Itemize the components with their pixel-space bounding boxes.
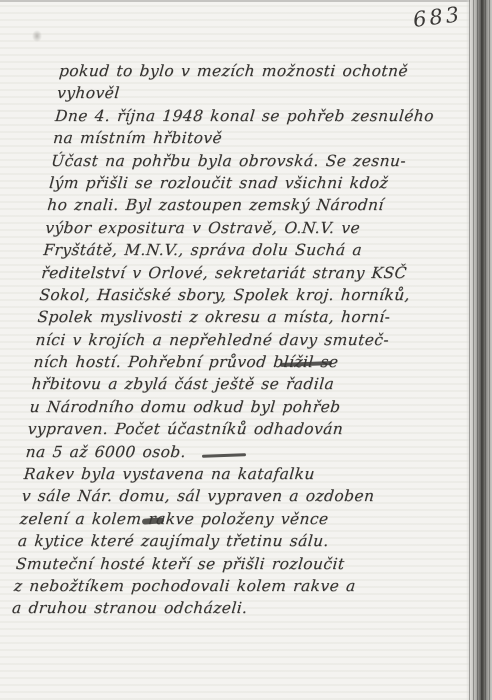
handwritten-line: Spolek myslivosti z okresu a místa, horn… bbox=[36, 306, 450, 328]
handwritten-line: z nebožtíkem pochodovali kolem rakve a bbox=[13, 575, 427, 597]
handwritten-line: výbor expositura v Ostravě, O.N.V. ve bbox=[44, 217, 458, 239]
handwritten-line: v sále Nár. domu, sál vypraven a ozdoben bbox=[21, 485, 435, 507]
scanned-document-page: 683 pokud to bylo v mezích možnosti ocho… bbox=[0, 0, 492, 700]
book-edge-band bbox=[466, 0, 492, 700]
handwritten-line: Rakev byla vystavena na katafalku bbox=[23, 463, 437, 485]
handwritten-line: na místním hřbitově bbox=[52, 127, 466, 149]
handwritten-line: hřbitovu a zbylá část ještě se řadila bbox=[31, 373, 445, 395]
handwritten-line: ředitelství v Orlové, sekretariát strany… bbox=[40, 262, 454, 284]
handwritten-line: Dne 4. října 1948 konal se pohřeb zesnul… bbox=[54, 105, 468, 127]
handwritten-line: u Národního domu odkud byl pohřeb bbox=[29, 396, 443, 418]
handwritten-line: Sokol, Hasičské sbory, Spolek kroj. horn… bbox=[38, 284, 452, 306]
handwritten-line: Fryštátě, M.N.V., správa dolu Suchá a bbox=[42, 239, 456, 261]
handwritten-line: pokud to bylo v mezích možnosti ochotně bbox=[58, 60, 472, 82]
handwritten-line: ho znali. Byl zastoupen zemský Národní bbox=[46, 194, 460, 216]
handwritten-line: zelení a kolem rakve položeny věnce bbox=[19, 508, 433, 530]
handwritten-line: níci v krojích a nepřehledné davy smuteč… bbox=[35, 329, 449, 351]
handwritten-line: a kytice které zaujímaly třetinu sálu. bbox=[17, 530, 431, 552]
handwritten-line: ních hostí. Pohřební průvod blížil se bbox=[33, 351, 447, 373]
handwritten-line: na 5 až 6000 osob. bbox=[25, 441, 439, 463]
handwritten-line: vyhověl bbox=[56, 82, 470, 104]
handwritten-line: Účast na pohřbu byla obrovská. Se zesnu- bbox=[50, 150, 464, 172]
scan-top-edge bbox=[0, 0, 492, 2]
handwritten-line: a druhou stranou odcházeli. bbox=[11, 597, 425, 619]
handwritten-text-block: pokud to bylo v mezích možnosti ochotně … bbox=[11, 60, 472, 620]
handwritten-line: lým přišli se rozloučit snad všichni kdo… bbox=[48, 172, 462, 194]
handwritten-line: Smuteční hosté kteří se přišli rozloučit bbox=[15, 553, 429, 575]
handwritten-line: vypraven. Počet účastníků odhadován bbox=[27, 418, 441, 440]
page-number: 683 bbox=[412, 2, 464, 32]
scan-smudge bbox=[32, 30, 42, 42]
